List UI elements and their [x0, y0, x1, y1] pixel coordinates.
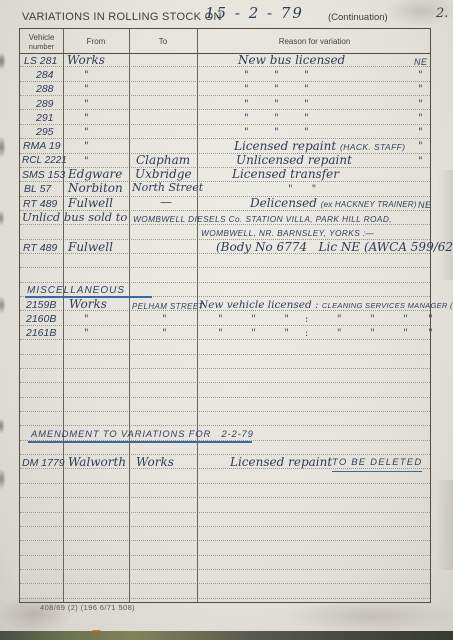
- reason-caps: (HACK. STAFF): [340, 142, 405, 152]
- reason-text: Unlicensed repaint: [236, 153, 352, 167]
- ruled-line: [20, 340, 430, 354]
- ditto-mark: ": [84, 98, 89, 112]
- vehicle-number: 2161B: [26, 326, 56, 340]
- continuation-label: (Continuation): [328, 11, 388, 25]
- ruled-line: [20, 67, 430, 81]
- vehicle-number: 288: [36, 82, 54, 96]
- reason-text: New bus licensed: [238, 53, 345, 67]
- vehicle-number: BL 57: [24, 182, 51, 196]
- column-divider: [197, 29, 198, 602]
- ruled-line: [20, 484, 430, 498]
- from-location: Works: [69, 297, 107, 311]
- ditto-mark: ": [84, 69, 89, 83]
- scan-artifact: [0, 52, 6, 70]
- ruled-line: [20, 369, 430, 383]
- ditto-mark: ": [84, 83, 89, 97]
- reason-text: Licensed repaint (HACK. STAFF): [234, 139, 405, 154]
- ruled-line: [20, 383, 430, 397]
- vehicle-number: 2159B: [26, 298, 56, 312]
- table-header-vehicle: Vehicle number: [20, 33, 63, 51]
- to-location: Clapham: [136, 153, 190, 167]
- sold-note-caps: WOMBWELL DIESELS Co. STATION VILLA, PARK…: [133, 212, 392, 226]
- ruled-line: [20, 96, 430, 110]
- ditto-marks: " " ": [244, 98, 309, 112]
- vehicle-number: RMA 19: [23, 139, 61, 153]
- ruled-line: [20, 355, 430, 369]
- table-header-from: From: [63, 37, 129, 46]
- to-location: North Street: [132, 181, 203, 195]
- scanned-form-page: VARIATIONS IN ROLLING STOCK ON 15 - 2 - …: [0, 0, 453, 640]
- scan-artifact: [92, 630, 101, 634]
- scan-artifact: [0, 418, 5, 434]
- scan-artifact: [436, 480, 453, 570]
- reason-text: New vehicle licensed : CLEANING SERVICES…: [199, 297, 453, 313]
- ruled-line: [20, 541, 430, 555]
- ruled-line: [20, 498, 430, 512]
- reason-script: Delicensed: [250, 196, 321, 210]
- to-dash: —: [160, 195, 172, 209]
- rolling-stock-table: Vehicle number From To Reason for variat…: [19, 28, 431, 603]
- vehicle-number: 289: [36, 97, 54, 111]
- ditto-marks: " " " : " " ": [218, 327, 408, 341]
- ditto-mark: ": [418, 83, 423, 97]
- vehicle-number: 291: [36, 111, 54, 125]
- ruled-line: [20, 584, 430, 598]
- ditto-mark: ": [84, 313, 89, 327]
- ditto-mark: ": [418, 98, 423, 112]
- ditto-mark: ": [162, 313, 167, 327]
- ruled-line: [20, 254, 430, 268]
- ruled-line: [20, 556, 430, 570]
- from-location: Norbiton: [68, 181, 123, 195]
- reason-script: Licensed repaint: [234, 139, 340, 153]
- ditto-mark: ": [84, 327, 89, 341]
- reason-script: New vehicle licensed :: [199, 299, 322, 311]
- scan-artifact: [0, 296, 6, 314]
- reason-caps: (ex HACKNEY TRAINER): [321, 200, 417, 209]
- from-location: Fulwell: [68, 240, 113, 254]
- scan-artifact-bottom-strip: [0, 631, 453, 640]
- ruled-line: [20, 82, 430, 96]
- reason-text: (Body No 6774 Lic NE (AWCA 599/621): [216, 240, 453, 254]
- ditto-marks: " " ": [244, 112, 309, 126]
- header-vehicle-line2: number: [20, 42, 63, 51]
- deleted-note: TO BE DELETED: [332, 456, 422, 472]
- scan-artifact: [0, 468, 6, 490]
- ruled-line: [20, 527, 430, 541]
- table-header-row: Vehicle number From To Reason for variat…: [20, 29, 430, 54]
- vehicle-number: 284: [36, 68, 54, 82]
- reason-text: Licensed transfer: [232, 167, 339, 181]
- sold-note-caps-2: WOMBWELL, NR. BARNSLEY, YORKS :—: [201, 226, 374, 240]
- from-location: Edgware: [68, 167, 122, 181]
- table-header-reason: Reason for variation: [197, 37, 432, 46]
- vehicle-number: RT 489: [23, 197, 57, 211]
- from-location: Works: [67, 53, 105, 67]
- vehicle-number: SMS 153: [22, 168, 65, 182]
- scan-artifact: [0, 136, 6, 158]
- page-number: 2.: [436, 7, 448, 21]
- reason-text: Licensed repaint: [230, 455, 332, 469]
- ditto-mark: ": [84, 112, 89, 126]
- date-handwritten: 15 - 2 - 79: [205, 6, 304, 20]
- ruled-line: [20, 268, 430, 282]
- ditto-marks: " ": [288, 183, 316, 197]
- ditto-mark: ": [162, 327, 167, 341]
- ne-flag: NE: [418, 198, 432, 212]
- vehicle-number: 295: [36, 125, 54, 139]
- reason-text: Delicensed (ex HACKNEY TRAINER): [250, 196, 417, 212]
- scan-artifact: [290, 600, 453, 632]
- ditto-marks: " " ": [244, 126, 309, 140]
- vehicle-number: 2160B: [26, 312, 56, 326]
- reason-caps: CLEANING SERVICES MANAGER (Gp.2): [322, 301, 453, 310]
- vehicle-number: DM 1779: [22, 456, 65, 470]
- scan-artifact: [438, 170, 453, 280]
- from-location: Walworth: [68, 455, 126, 469]
- to-location: Uxbridge: [135, 167, 192, 181]
- ruled-line: [20, 398, 430, 412]
- ditto-marks: " " ": [244, 69, 309, 83]
- page-title: VARIATIONS IN ROLLING STOCK ON: [22, 10, 222, 24]
- column-divider: [63, 29, 64, 602]
- from-location: Fulwell: [68, 196, 113, 210]
- ne-flag: NE: [414, 55, 428, 69]
- ditto-mark: ": [418, 126, 423, 140]
- vehicle-number: LS 281: [24, 54, 57, 68]
- table-header-to: To: [129, 37, 197, 46]
- header-vehicle-line1: Vehicle: [29, 33, 55, 42]
- ditto-mark: ": [428, 313, 433, 327]
- ditto-mark: ": [418, 69, 423, 83]
- ruled-line: [20, 154, 430, 168]
- ditto-mark: ": [84, 126, 89, 140]
- sold-note-script: Unlicd bus sold to: [22, 210, 127, 224]
- ditto-mark: ": [84, 140, 89, 154]
- vehicle-number: RT 489: [23, 241, 57, 255]
- form-footer-code: 408/69 (2) (196 6/71 508): [40, 603, 135, 612]
- ditto-mark: ": [428, 327, 433, 341]
- ruled-line: [20, 110, 430, 124]
- column-divider: [129, 29, 130, 602]
- ruled-line: [20, 570, 430, 584]
- ditto-marks: " " ": [244, 83, 309, 97]
- ditto-mark: ": [418, 112, 423, 126]
- ditto-marks: " " " : " " ": [218, 313, 408, 327]
- ditto-mark: ": [418, 155, 423, 169]
- ditto-mark: ": [418, 140, 423, 154]
- ruled-line: [20, 513, 430, 527]
- ruled-line: [20, 125, 430, 139]
- ruled-line: [20, 412, 430, 426]
- heading-underline: [25, 284, 152, 298]
- vehicle-number: RCL 2221: [22, 154, 67, 168]
- to-location: Works: [136, 455, 174, 469]
- heading-underline: [28, 428, 252, 443]
- scan-artifact: [0, 210, 5, 226]
- to-location-caps: PELHAM STREET: [132, 300, 204, 314]
